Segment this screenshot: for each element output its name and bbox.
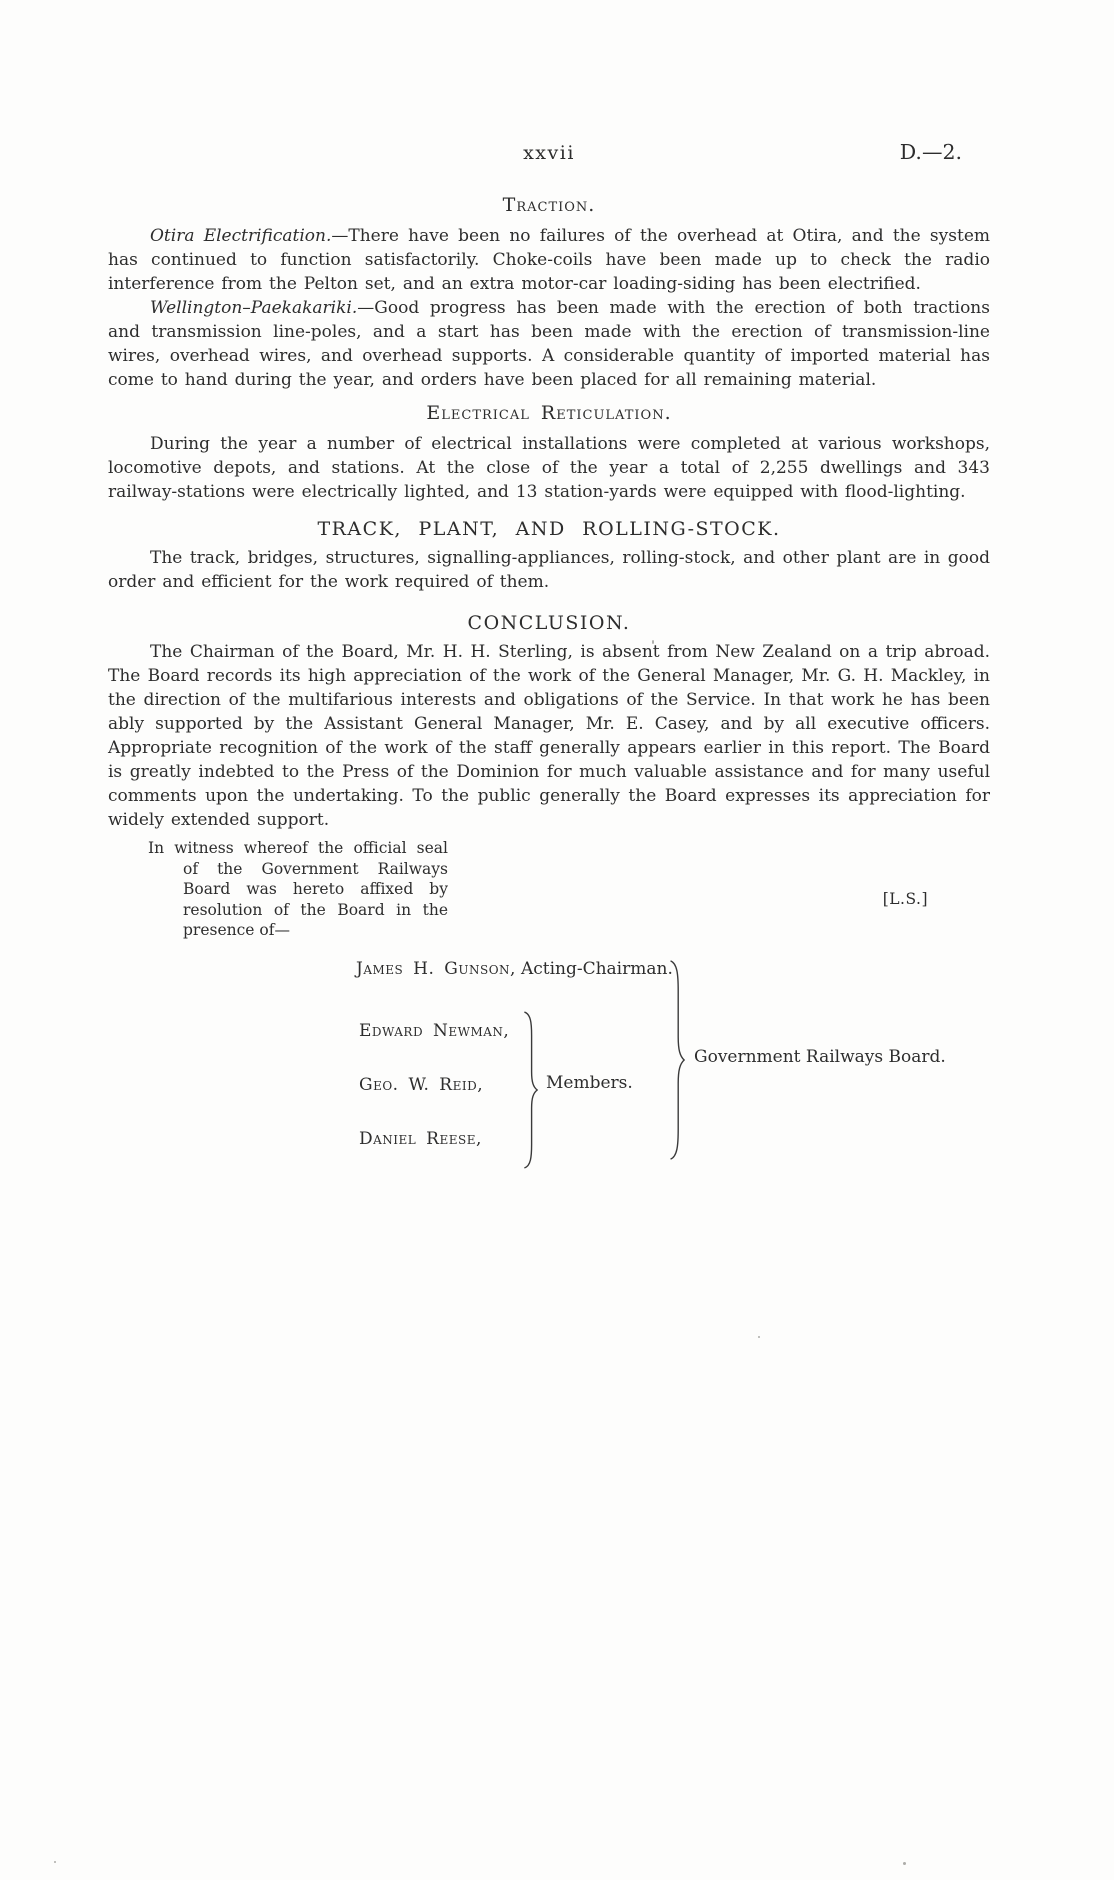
chairman-role: Acting-Chairman. xyxy=(521,959,673,979)
signature-member: Geo. W. Reid, xyxy=(359,1075,483,1095)
paragraph-track-plant: The track, bridges, structures, signalli… xyxy=(108,546,990,594)
witness-line: resolution of the Board in the xyxy=(183,900,448,921)
chairman-name: James H. Gunson, xyxy=(356,959,516,979)
document-reference: D.—2. xyxy=(900,140,962,164)
section-heading-conclusion: CONCLUSION. xyxy=(108,612,990,634)
signature-chairman: James H. Gunson,Acting-Chairman. xyxy=(356,959,673,979)
witness-line: of the Government Railways xyxy=(183,859,448,880)
paragraph-lead-otira: Otira Electrification. xyxy=(150,226,331,246)
attestation-block: In witness whereof the official seal of … xyxy=(108,838,990,941)
paragraph-electrical-reticulation: During the year a number of electrical i… xyxy=(108,432,990,504)
scan-speck xyxy=(758,1336,760,1338)
members-brace-icon xyxy=(522,1009,538,1171)
paragraph-otira-electrification: Otira Electrification.—There have been n… xyxy=(108,224,990,296)
seal-mark: [L.S.] xyxy=(883,890,928,908)
signature-member: Daniel Reese, xyxy=(359,1129,482,1149)
signature-block: James H. Gunson,Acting-Chairman. Edward … xyxy=(108,957,990,1207)
witness-statement: In witness whereof the official seal of … xyxy=(148,838,448,941)
members-label: Members. xyxy=(546,1073,633,1093)
section-heading-track-plant-rolling-stock: TRACK, PLANT, AND ROLLING-STOCK. xyxy=(108,518,990,540)
scanned-document-page: xxvii D.—2. Traction. Otira Electrificat… xyxy=(0,0,1114,1880)
paragraph-conclusion: The Chairman of the Board, Mr. H. H. Ste… xyxy=(108,640,990,832)
text-column: xxvii D.—2. Traction. Otira Electrificat… xyxy=(108,0,990,1207)
scan-speck xyxy=(903,1862,906,1865)
board-label: Government Railways Board. xyxy=(694,1047,946,1067)
page-number: xxvii xyxy=(108,142,990,164)
section-heading-electrical-reticulation: Electrical Reticulation. xyxy=(108,402,990,424)
scan-speck xyxy=(652,640,654,644)
section-heading-traction: Traction. xyxy=(108,194,990,216)
scan-speck xyxy=(54,1861,56,1863)
paragraph-lead-wellington: Wellington–Paekakariki. xyxy=(150,298,357,318)
board-brace-icon xyxy=(668,957,685,1163)
witness-line: presence of— xyxy=(183,920,448,941)
signature-member: Edward Newman, xyxy=(359,1021,509,1041)
witness-line: Board was hereto affixed by xyxy=(183,879,448,900)
paragraph-wellington-paekakariki: Wellington–Paekakariki.—Good progress ha… xyxy=(108,296,990,392)
witness-line: In witness whereof the official seal xyxy=(148,838,448,859)
page-header: xxvii D.—2. xyxy=(108,142,990,170)
